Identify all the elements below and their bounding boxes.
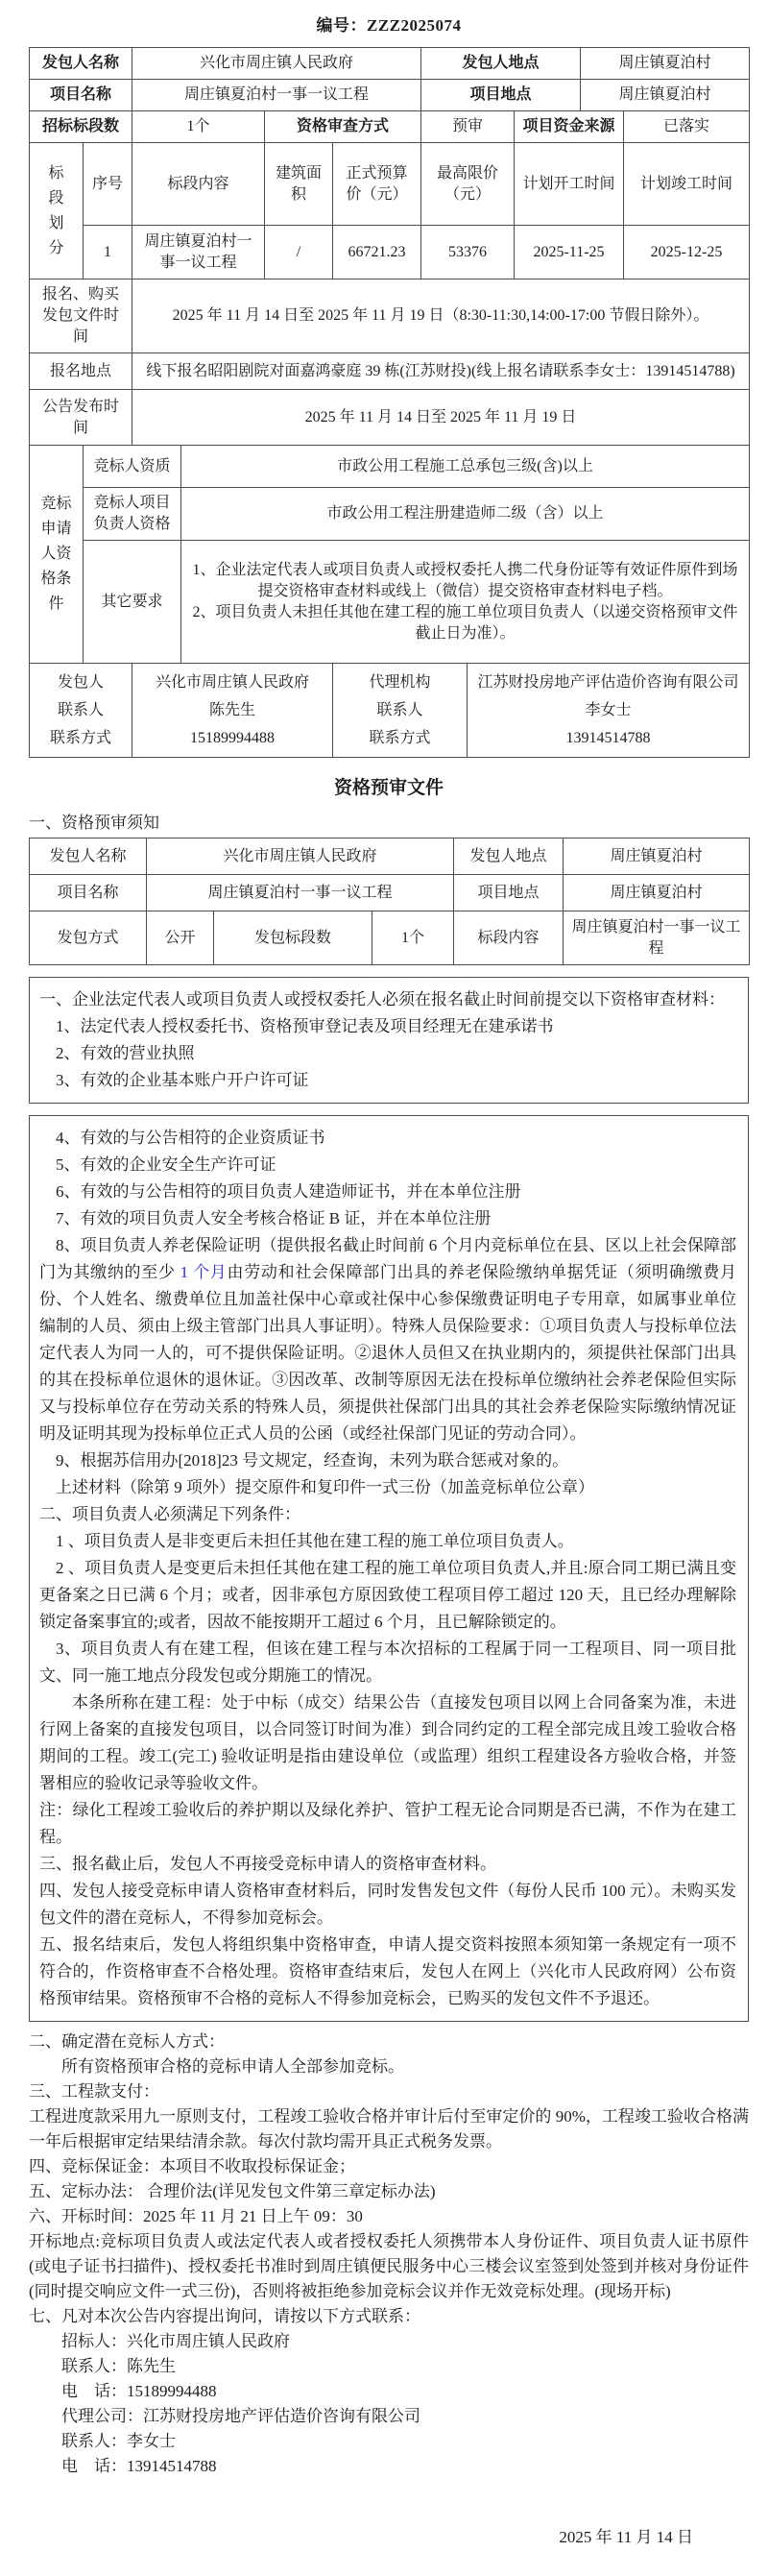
announcement-table-row3: 招标标段数 1个 资格审查方式 预审 项目资金来源 已落实	[29, 110, 750, 143]
signup-time-label: 报名、购买发包文件时间	[30, 279, 132, 353]
announcement-table-top: 发包人名称 兴化市周庄镇人民政府 发包人地点 周庄镇夏泊村 项目名称 周庄镇夏泊…	[29, 47, 750, 111]
stage-col-maxprice: 最高限价（元）	[421, 143, 515, 226]
table-row: 其它要求 1、企业法定代表人或项目负责人或授权委托人携二代身份证等有效证件原件到…	[30, 541, 750, 664]
notice-project-place-label: 项目地点	[454, 875, 564, 911]
table-row: 报名、购买发包文件时间 2025 年 11 月 14 日至 2025 年 11 …	[30, 279, 750, 353]
other-requirements-value: 1、企业法定代表人或项目负责人或授权委托人携二代身份证等有效证件原件到场提交资格…	[181, 541, 750, 664]
section-content-label: 标段内容	[454, 911, 564, 965]
requirements-box: 4、有效的与公告相符的企业资质证书 5、有效的企业安全生产许可证 6、有效的与公…	[29, 1115, 749, 2022]
fund-source-label: 项目资金来源	[515, 111, 624, 143]
pm-condition: 3、项目负责人有在建工程，但该在建工程与本次招标的工程属于同一工程项目、同一项目…	[39, 1636, 736, 1689]
greening-note: 注：绿化工程竣工验收后的养护期以及绿化养护、管护工程无论合同期是否已满，不作为在…	[39, 1797, 736, 1851]
agency-contact-line: 联系人：李女士	[29, 2429, 749, 2454]
stage-col-budget: 正式预算价（元）	[333, 143, 421, 226]
material-item: 3、有效的企业基本账户开户许可证	[39, 1067, 736, 1094]
stage-seq: 1	[84, 226, 132, 279]
notice-employer-place-value: 周庄镇夏泊村	[564, 838, 750, 875]
table-row: 发包人名称 兴化市周庄镇人民政府 发包人地点 周庄镇夏泊村	[30, 838, 750, 875]
inquiry-title: 七、凡对本次公告内容提出询问，请按以下方式联系：	[29, 2304, 749, 2329]
signup-place-label: 报名地点	[30, 353, 132, 390]
inprogress-definition: 本条所称在建工程：处于中标（成交）结果公告（直接发包项目以网上合同备案为准，未进…	[39, 1689, 736, 1797]
opening-time-clause: 六、开标时间：2025 年 11 月 21 日上午 09：30	[29, 2204, 749, 2229]
pm-qualification-value: 市政公用工程注册建造师二级（含）以上	[181, 488, 750, 541]
deadline-clause: 三、报名截止后，发包人不再接受竞标申请人的资格审查材料。	[39, 1851, 736, 1878]
table-row: 报名地点 线下报名昭阳剧院对面嘉鸿豪庭 39 栋(江苏财投)(线上报名请联系李女…	[30, 353, 750, 390]
notice-project-name-label: 项目名称	[30, 875, 147, 911]
prequalification-title: 资格预审文件	[29, 773, 749, 799]
stage-col-content: 标段内容	[132, 143, 265, 226]
section-count-label: 招标标段数	[30, 111, 132, 143]
stage-table: 标段划分 序号 标段内容 建筑面积 正式预算价（元） 最高限价（元） 计划开工时…	[29, 142, 750, 279]
publish-time-value: 2025 年 11 月 14 日至 2025 年 11 月 19 日	[132, 390, 750, 446]
bidder-qualification-value: 市政公用工程施工总承包三级(含)以上	[181, 446, 750, 488]
tail-section: 二、确定潜在竞标人方式： 所有资格预审合格的竞标申请人全部参加竞标。 三、工程款…	[29, 2029, 749, 2479]
notice-table-top: 发包人名称 兴化市周庄镇人民政府 发包人地点 周庄镇夏泊村 项目名称 周庄镇夏泊…	[29, 838, 750, 911]
materials-box: 一、企业法定代表人或项目负责人或授权委托人必须在报名截止时间前提交以下资格审查材…	[29, 977, 749, 1104]
payment-title: 三、工程款支付：	[29, 2079, 749, 2104]
prequalification-subtitle: 一、资格预审须知	[29, 809, 749, 833]
section-count-value: 1个	[132, 111, 265, 143]
signup-time-value: 2025 年 11 月 14 日至 2025 年 11 月 19 日（8:30-…	[132, 279, 750, 353]
stage-col-area: 建筑面积	[265, 143, 333, 226]
stage-finish-date: 2025-12-25	[624, 226, 750, 279]
table-row: 发包人 联系人 联系方式 兴化市周庄镇人民政府 陈先生 15189994488 …	[30, 664, 750, 758]
table-row: 发包人名称 兴化市周庄镇人民政府 发包人地点 周庄镇夏泊村	[30, 48, 750, 80]
bidder-qualification-label: 竞标人资质	[84, 446, 181, 488]
material-item-insurance: 8、项目负责人养老保险证明（提供报名截止时间前 6 个月内竞标单位在县、区以上社…	[39, 1232, 736, 1447]
project-name-label: 项目名称	[30, 80, 132, 111]
fund-source-value: 已落实	[624, 111, 750, 143]
document-sale-clause: 四、发包人接受竞标申请人资格审查材料后，同时发售发包文件（每份人民币 100 元…	[39, 1878, 736, 1932]
stage-col-start: 计划开工时间	[515, 143, 624, 226]
pm-condition: 2 、项目负责人是变更后未担任其他在建工程的施工单位项目负责人,并且:原合同工期…	[39, 1555, 736, 1636]
table-row: 竞标人项目负责人资格 市政公用工程注册建造师二级（含）以上	[30, 488, 750, 541]
material-item: 5、有效的企业安全生产许可证	[39, 1152, 736, 1179]
potential-bidders-title: 二、确定潜在竞标人方式：	[29, 2029, 749, 2054]
section-content-value: 周庄镇夏泊村一事一议工程	[564, 911, 750, 965]
review-method-label: 资格审查方式	[265, 111, 421, 143]
issue-count-value: 1个	[372, 911, 454, 965]
employer-name-value: 兴化市周庄镇人民政府	[132, 48, 421, 80]
material-item: 2、有效的营业执照	[39, 1040, 736, 1067]
stage-content: 周庄镇夏泊村一事一议工程	[132, 226, 265, 279]
employer-contact-values: 兴化市周庄镇人民政府 陈先生 15189994488	[132, 664, 333, 758]
material-item: 6、有效的与公告相符的项目负责人建造师证书，并在本单位注册	[39, 1179, 736, 1205]
issue-method-value: 公开	[147, 911, 214, 965]
review-result-clause: 五、报名结束后，发包人将组织集中资格审查，申请人提交资料按照本须知第一条规定有一…	[39, 1932, 736, 2012]
material-item: 9、根据苏信用办[2018]23 号文规定，经查询，未列为联合惩戒对象的。	[39, 1447, 736, 1474]
pm-conditions-title: 二、项目负责人必须满足下列条件：	[39, 1501, 736, 1528]
employer-place-value: 周庄镇夏泊村	[581, 48, 750, 80]
notice-employer-place-label: 发包人地点	[454, 838, 564, 875]
award-method-clause: 五、定标办法： 合理价法(详见发包文件第三章定标办法)	[29, 2179, 749, 2204]
deposit-clause: 四、竞标保证金：本项目不收取投标保证金；	[29, 2154, 749, 2179]
pm-condition: 1 、项目负责人是非变更后未担任其他在建工程的施工单位项目负责人。	[39, 1528, 736, 1555]
stage-side-label: 标段划分	[30, 143, 84, 279]
table-row: 竞标申请人资格条件 竞标人资质 市政公用工程施工总承包三级(含)以上	[30, 446, 750, 488]
agency-phone-line: 电 话：13914514788	[29, 2454, 749, 2479]
notice-employer-name-label: 发包人名称	[30, 838, 147, 875]
project-place-label: 项目地点	[421, 80, 581, 111]
qual-side-label: 竞标申请人资格条件	[30, 446, 84, 664]
publish-time-label: 公告发布时间	[30, 390, 132, 446]
agency-line: 代理公司：江苏财投房地产评估造价咨询有限公司	[29, 2404, 749, 2429]
table-row: 发包方式 公开 发包标段数 1个 标段内容 周庄镇夏泊村一事一议工程	[30, 911, 750, 965]
agency-contact-values: 江苏财投房地产评估造价咨询有限公司 李女士 13914514788	[468, 664, 750, 758]
project-name-value: 周庄镇夏泊村一事一议工程	[132, 80, 421, 111]
table-row: 项目名称 周庄镇夏泊村一事一议工程 项目地点 周庄镇夏泊村	[30, 80, 750, 111]
announcement-date: 2025 年 11 月 14 日	[29, 2523, 693, 2547]
submit-note: 上述材料（除第 9 项外）提交原件和复印件一式三份（加盖竞标单位公章）	[39, 1474, 736, 1501]
notice-table-row3: 发包方式 公开 发包标段数 1个 标段内容 周庄镇夏泊村一事一议工程	[29, 911, 750, 965]
opening-place-clause: 开标地点:竞标项目负责人或法定代表人或者授权委托人须携带本人身份证件、项目负责人…	[29, 2229, 749, 2304]
stage-col-finish: 计划竣工时间	[624, 143, 750, 226]
notice-project-name-value: 周庄镇夏泊村一事一议工程	[147, 875, 454, 911]
review-method-value: 预审	[421, 111, 515, 143]
stage-start-date: 2025-11-25	[515, 226, 624, 279]
employer-name-label: 发包人名称	[30, 48, 132, 80]
employer-place-label: 发包人地点	[421, 48, 581, 80]
stage-maxprice: 53376	[421, 226, 515, 279]
insurance-text-post: 由劳动和社会保障部门出具的养老保险缴纳单据凭证（须明确缴费月份、个人姓名、缴费单…	[39, 1263, 736, 1443]
table-row: 公告发布时间 2025 年 11 月 14 日至 2025 年 11 月 19 …	[30, 390, 750, 446]
stage-data-row: 1 周庄镇夏泊村一事一议工程 / 66721.23 53376 2025-11-…	[30, 226, 750, 279]
potential-bidders-text: 所有资格预审合格的竞标申请人全部参加竞标。	[29, 2054, 749, 2079]
issue-count-label: 发包标段数	[214, 911, 372, 965]
other-requirements-label: 其它要求	[84, 541, 181, 664]
material-item: 4、有效的与公告相符的企业资质证书	[39, 1125, 736, 1152]
notice-project-place-value: 周庄镇夏泊村	[564, 875, 750, 911]
employer-contact-labels: 发包人 联系人 联系方式	[30, 664, 132, 758]
table-row: 招标标段数 1个 资格审查方式 预审 项目资金来源 已落实	[30, 111, 750, 143]
insurance-highlight: 1 个月	[180, 1263, 228, 1281]
payment-text: 工程进度款采用九一原则支付，工程竣工验收合格并审计后付至审定价的 90%，工程竣…	[29, 2104, 749, 2154]
project-place-value: 周庄镇夏泊村	[581, 80, 750, 111]
signup-table: 报名、购买发包文件时间 2025 年 11 月 14 日至 2025 年 11 …	[29, 279, 750, 446]
material-item: 1、法定代表人授权委托书、资格预审登记表及项目经理无在建承诺书	[39, 1013, 736, 1040]
contacts-table: 发包人 联系人 联系方式 兴化市周庄镇人民政府 陈先生 15189994488 …	[29, 663, 750, 758]
signup-place-value: 线下报名昭阳剧院对面嘉鸿豪庭 39 栋(江苏财投)(线上报名请联系李女士：139…	[132, 353, 750, 390]
agency-contact-labels: 代理机构 联系人 联系方式	[333, 664, 468, 758]
material-item: 7、有效的项目负责人安全考核合格证 B 证，并在本单位注册	[39, 1205, 736, 1232]
tenderer-phone-line: 电 话：15189994488	[29, 2379, 749, 2404]
qualification-table: 竞标申请人资格条件 竞标人资质 市政公用工程施工总承包三级(含)以上 竞标人项目…	[29, 445, 750, 664]
tenderer-line: 招标人：兴化市周庄镇人民政府	[29, 2329, 749, 2354]
tenderer-contact-line: 联系人：陈先生	[29, 2354, 749, 2379]
materials-intro: 一、企业法定代表人或项目负责人或授权委托人必须在报名截止时间前提交以下资格审查材…	[39, 986, 736, 1013]
stage-col-seq: 序号	[84, 143, 132, 226]
stage-area: /	[265, 226, 333, 279]
issue-method-label: 发包方式	[30, 911, 147, 965]
table-row: 标段划分 序号 标段内容 建筑面积 正式预算价（元） 最高限价（元） 计划开工时…	[30, 143, 750, 226]
table-row: 项目名称 周庄镇夏泊村一事一议工程 项目地点 周庄镇夏泊村	[30, 875, 750, 911]
doc-number: 编号：ZZZ2025074	[29, 12, 749, 36]
notice-employer-name-value: 兴化市周庄镇人民政府	[147, 838, 454, 875]
pm-qualification-label: 竞标人项目负责人资格	[84, 488, 181, 541]
document-page: 编号：ZZZ2025074 发包人名称 兴化市周庄镇人民政府 发包人地点 周庄镇…	[0, 0, 768, 2576]
stage-budget: 66721.23	[333, 226, 421, 279]
